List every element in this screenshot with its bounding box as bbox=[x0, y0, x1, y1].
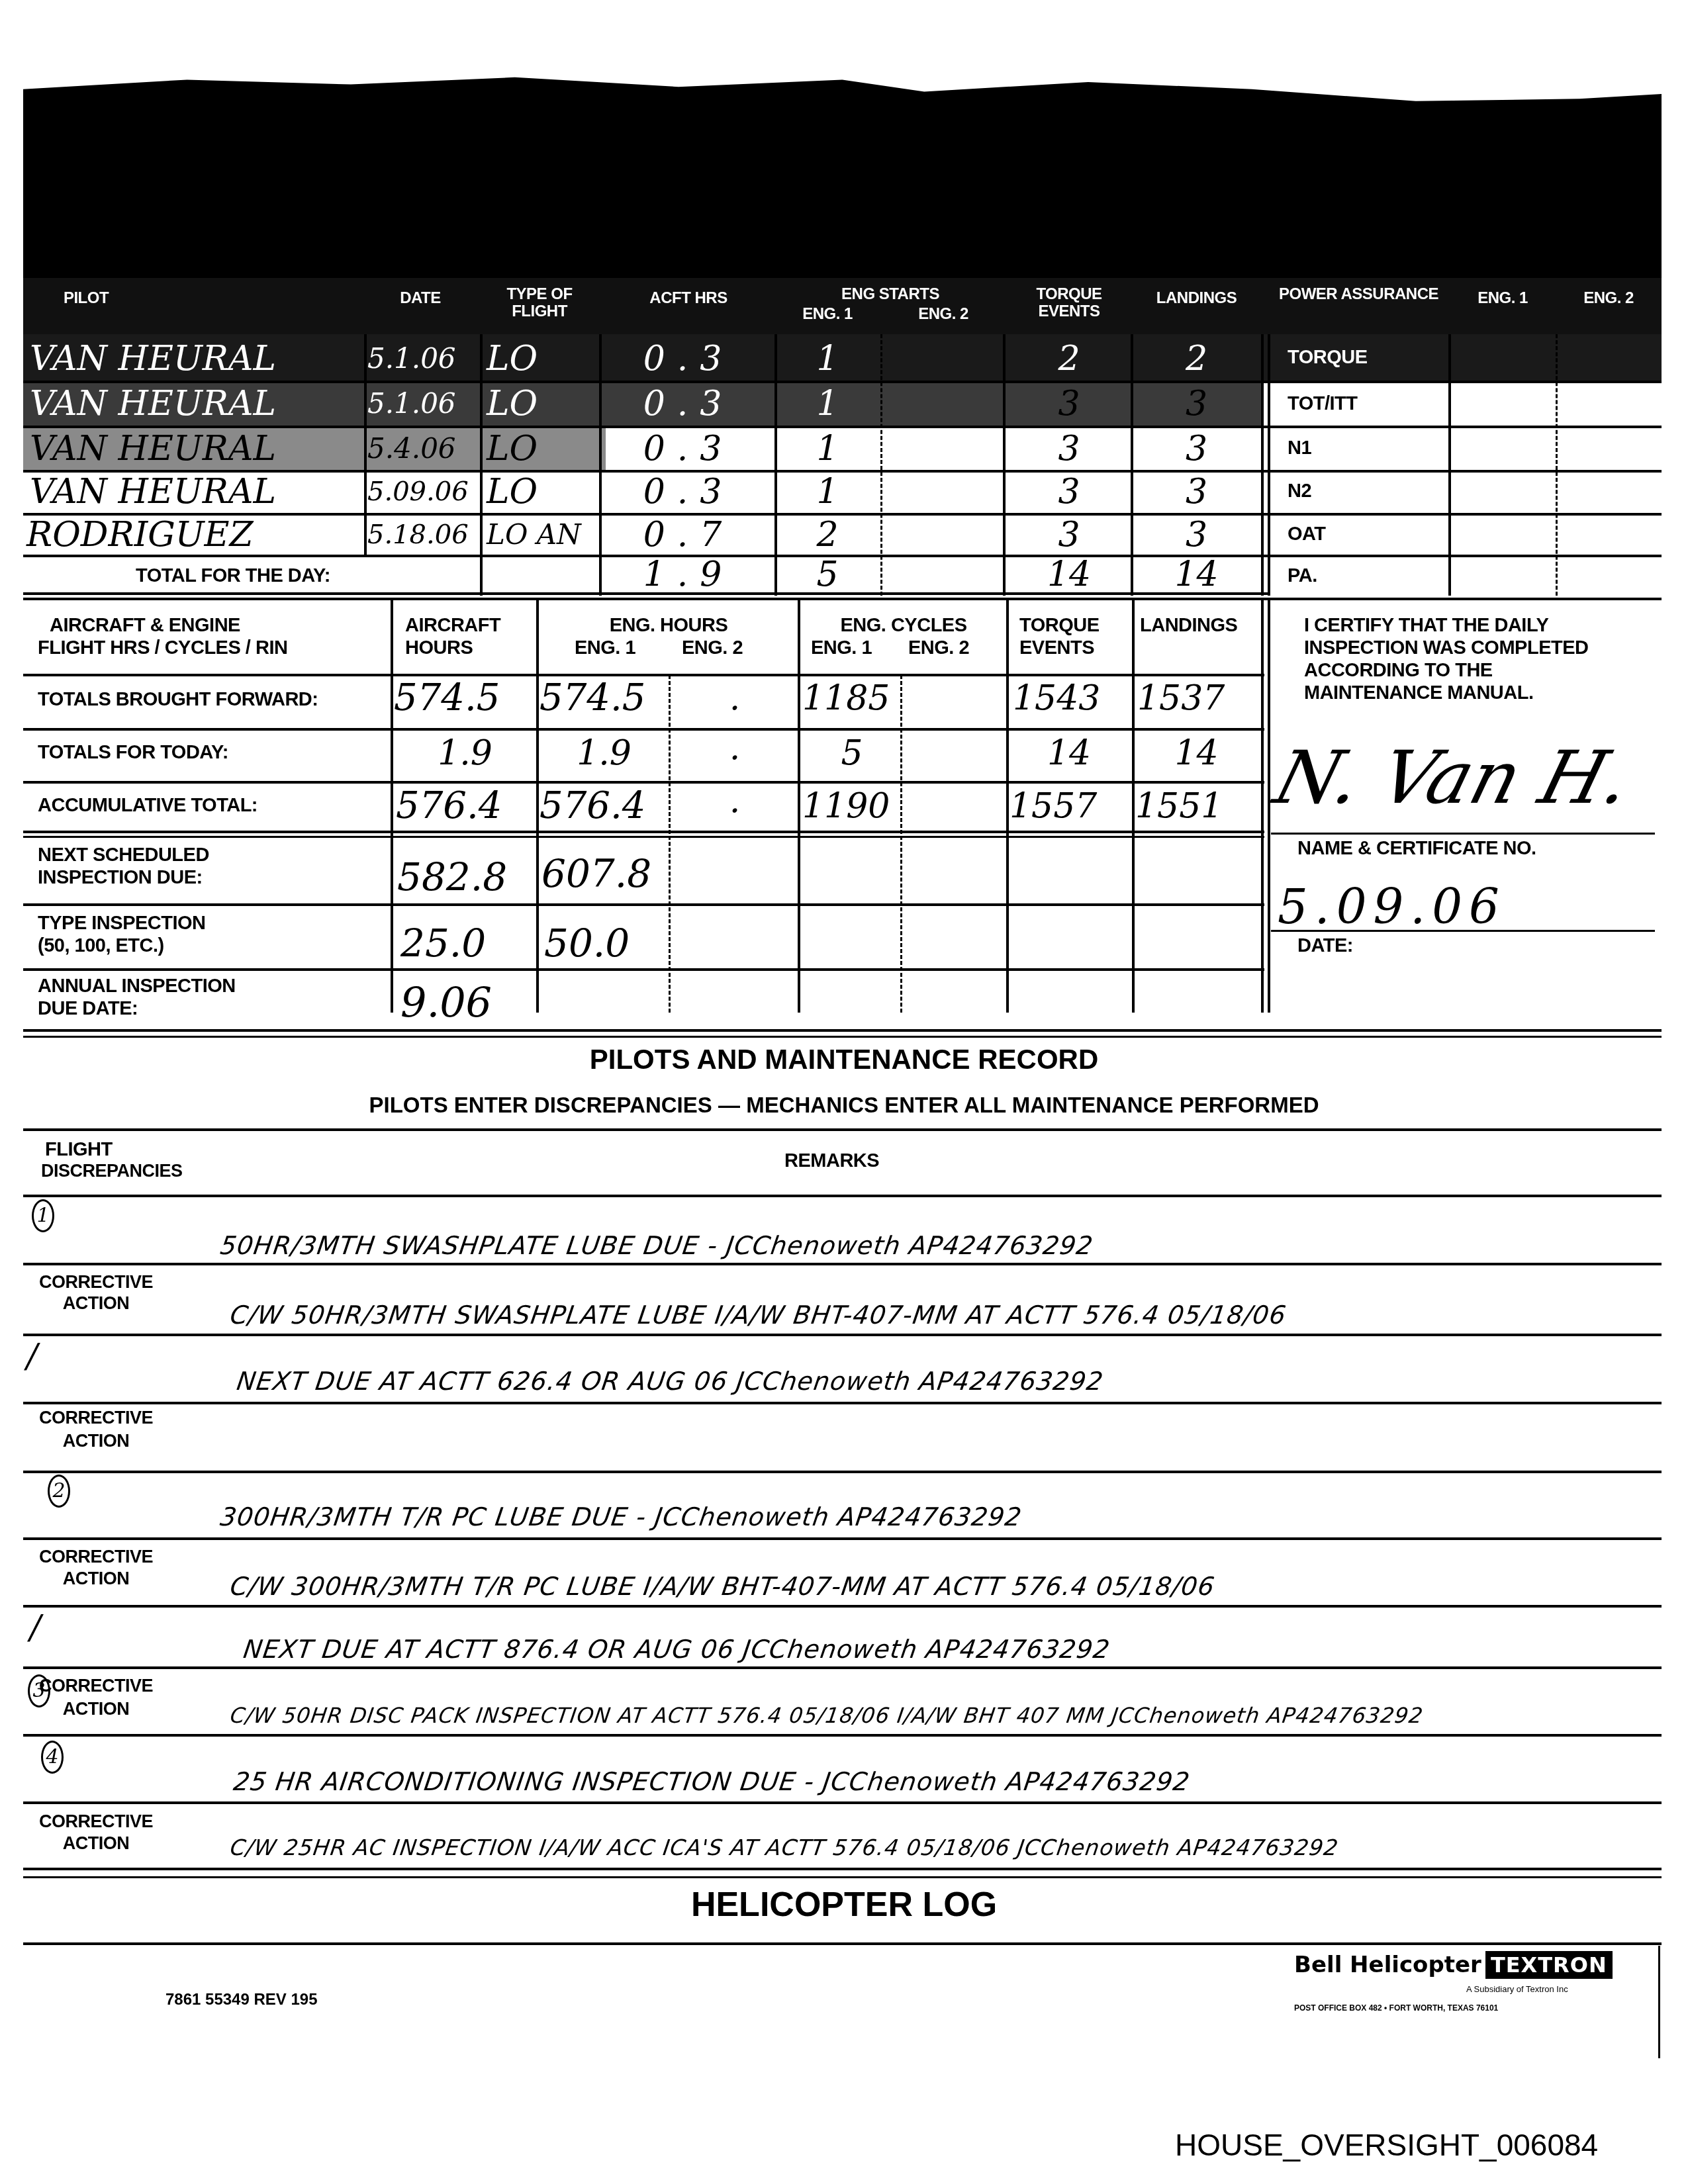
row1-eng1-starts: 1 bbox=[781, 339, 874, 379]
date-label: DATE: bbox=[1297, 934, 1353, 957]
col-divider bbox=[536, 599, 539, 1013]
brought-forward-eng1-hours: 574.5 bbox=[539, 678, 645, 718]
corrective-action-label-2a: CORRECTIVE bbox=[33, 1406, 159, 1429]
discrepancy-marker-2: 2 bbox=[48, 1475, 70, 1508]
col-divider bbox=[391, 599, 393, 1013]
corrective-action-label-4b: ACTION bbox=[33, 1698, 159, 1720]
col-divider bbox=[1268, 334, 1270, 596]
name-certificate-label: NAME & CERTIFICATE NO. bbox=[1297, 837, 1536, 860]
col-divider bbox=[1261, 334, 1264, 596]
col-remarks: REMARKS bbox=[784, 1150, 879, 1172]
row5-acft-hrs: 0.7 bbox=[616, 515, 761, 555]
form-title: HELICOPTER LOG bbox=[0, 1885, 1688, 1925]
row4-torque: 3 bbox=[1009, 472, 1129, 512]
record-line bbox=[23, 1666, 1662, 1669]
row5-landings: 3 bbox=[1135, 515, 1258, 555]
row2-eng1-starts: 1 bbox=[781, 384, 874, 424]
row3-date: 5.4.06 bbox=[367, 429, 456, 469]
remark-line-5: 300HR/3MTH T/R PC LUBE DUE - JCChenoweth… bbox=[218, 1502, 1024, 1531]
header-torque-events: TORQUE EVENTS bbox=[1009, 286, 1129, 320]
today-torque: 14 bbox=[1009, 733, 1129, 773]
label-accumulative-total: ACCUMULATIVE TOTAL: bbox=[38, 794, 258, 817]
row5-date: 5.18.06 bbox=[367, 515, 469, 555]
record-line bbox=[23, 1801, 1662, 1804]
header-eng-hours-eng2: ENG. 2 bbox=[682, 637, 743, 659]
brand-name: Bell Helicopter bbox=[1294, 1952, 1481, 1978]
header-date: DATE bbox=[371, 290, 470, 307]
remark-line-1: 50HR/3MTH SWASHPLATE LUBE DUE - JCChenow… bbox=[218, 1231, 1095, 1260]
record-line bbox=[23, 1868, 1662, 1870]
row5-type: LO AN bbox=[487, 515, 581, 555]
row3-type: LO bbox=[487, 429, 538, 469]
label-totals-brought-forward: TOTALS BROUGHT FORWARD: bbox=[38, 688, 318, 711]
annual-inspection-due: 9.06 bbox=[400, 983, 492, 1023]
col-divider bbox=[1006, 599, 1009, 1013]
accumulative-eng1-cycles: 1190 bbox=[802, 786, 890, 826]
scan-dark-band bbox=[23, 46, 1662, 285]
row-divider bbox=[23, 598, 1662, 600]
today-aircraft-hours: 1.9 bbox=[394, 733, 536, 773]
discrepancy-marker-slash: / bbox=[26, 1337, 38, 1375]
row-divider bbox=[23, 1036, 1662, 1038]
pa-pa-label: PA. bbox=[1288, 565, 1317, 587]
record-line bbox=[23, 1876, 1662, 1878]
header-torque-events-2: EVENTS bbox=[1019, 637, 1094, 659]
header-power-assurance: POWER ASSURANCE bbox=[1271, 286, 1446, 303]
row4-eng1-starts: 1 bbox=[781, 472, 874, 512]
today-eng1-hours: 1.9 bbox=[539, 733, 669, 773]
brought-forward-aircraft-hours: 574.5 bbox=[394, 678, 500, 718]
inspector-signature: N. Van H. bbox=[1266, 735, 1641, 821]
row2-landings: 3 bbox=[1135, 384, 1258, 424]
header-pa-eng2: ENG. 2 bbox=[1559, 290, 1658, 307]
accumulative-landings: 1551 bbox=[1135, 786, 1223, 826]
record-divider bbox=[23, 1195, 1662, 1197]
header-eng-starts: ENG STARTS bbox=[778, 286, 1003, 303]
col-divider bbox=[599, 334, 602, 596]
pa-n2-label: N2 bbox=[1288, 480, 1311, 502]
accumulative-aircraft-hours: 576.4 bbox=[396, 786, 502, 826]
record-subtitle: PILOTS ENTER DISCREPANCIES — MECHANICS E… bbox=[0, 1092, 1688, 1118]
accumulative-torque: 1557 bbox=[1009, 786, 1097, 826]
col-divider-dashed bbox=[669, 675, 671, 1013]
col-divider bbox=[1132, 599, 1135, 1013]
certify-line-4: MAINTENANCE MANUAL. bbox=[1304, 682, 1534, 704]
corrective-action-label-3b: ACTION bbox=[33, 1567, 159, 1590]
col-flight-discrepancies-1: FLIGHT bbox=[45, 1138, 113, 1161]
header-landings-totals: LANDINGS bbox=[1140, 614, 1237, 637]
remark-line-2: C/W 50HR/3MTH SWASHPLATE LUBE I/A/W BHT-… bbox=[228, 1300, 1288, 1330]
discrepancy-marker-4: 4 bbox=[41, 1741, 64, 1774]
total-acft-hrs: 1.9 bbox=[616, 555, 761, 594]
pa-oat-label: OAT bbox=[1288, 523, 1326, 545]
row2-torque: 3 bbox=[1009, 384, 1129, 424]
discrepancy-marker-1: 1 bbox=[32, 1199, 54, 1232]
row3-pilot: VAN HEURAL bbox=[30, 429, 276, 469]
row3-eng1-starts: 1 bbox=[781, 429, 874, 469]
label-next-scheduled-2: INSPECTION DUE: bbox=[38, 866, 203, 889]
row5-pilot: RODRIGUEZ bbox=[26, 515, 254, 555]
header-eng-cycles-eng1: ENG. 1 bbox=[811, 637, 872, 659]
certify-line-2: INSPECTION WAS COMPLETED bbox=[1304, 637, 1588, 659]
right-edge-line bbox=[1658, 1946, 1660, 2058]
brought-forward-eng1-cycles: 1185 bbox=[802, 678, 890, 718]
col-flight-discrepancies-2: DISCREPANCIES bbox=[41, 1160, 183, 1182]
header-pa-eng1: ENG. 1 bbox=[1453, 290, 1552, 307]
row-divider bbox=[23, 426, 1662, 428]
header-type-of-flight: TYPE OF FLIGHT bbox=[480, 286, 599, 320]
label-annual-inspection-2: DUE DATE: bbox=[38, 997, 138, 1020]
row-divider bbox=[23, 903, 1264, 906]
type-inspection-aircraft: 25.0 bbox=[400, 923, 486, 963]
label-next-scheduled-1: NEXT SCHEDULED bbox=[38, 844, 209, 866]
today-eng1-cycles: 5 bbox=[802, 733, 902, 773]
brought-forward-landings: 1537 bbox=[1137, 678, 1225, 718]
discrepancy-marker-slash-2: / bbox=[30, 1608, 41, 1647]
row3-landings: 3 bbox=[1135, 429, 1258, 469]
today-landings: 14 bbox=[1135, 733, 1258, 773]
row5-eng1-starts: 2 bbox=[781, 515, 874, 555]
header-eng-starts-eng2: ENG. 2 bbox=[884, 306, 1003, 323]
record-divider bbox=[23, 1128, 1662, 1131]
record-line bbox=[23, 1402, 1662, 1404]
record-line bbox=[23, 1605, 1662, 1608]
remark-line-3: NEXT DUE AT ACTT 626.4 OR AUG 06 JCCheno… bbox=[235, 1367, 1105, 1396]
total-for-day-label: TOTAL FOR THE DAY: bbox=[136, 565, 330, 587]
total-eng1-starts: 5 bbox=[781, 555, 874, 594]
row1-date: 5.1.06 bbox=[367, 339, 456, 379]
totals-header-label-1: AIRCRAFT & ENGINE bbox=[50, 614, 240, 637]
record-line bbox=[23, 1334, 1662, 1336]
row-divider bbox=[23, 381, 1662, 383]
col-divider bbox=[798, 599, 800, 1013]
form-number: 7861 55349 REV 195 bbox=[165, 1991, 318, 2009]
row1-acft-hrs: 0.3 bbox=[616, 339, 761, 379]
row3-torque: 3 bbox=[1009, 429, 1129, 469]
header-eng-starts-eng1: ENG. 1 bbox=[778, 306, 877, 323]
row1-pilot: VAN HEURAL bbox=[30, 339, 276, 379]
accumulative-eng2-hours: . bbox=[672, 781, 798, 821]
row4-acft-hrs: 0.3 bbox=[616, 472, 761, 512]
certification-date-value: 5.09.06 bbox=[1278, 880, 1506, 933]
remark-line-10: C/W 25HR AC INSPECTION I/A/W ACC ICA'S A… bbox=[228, 1833, 1340, 1862]
pa-n1-label: N1 bbox=[1288, 437, 1311, 459]
row2-acft-hrs: 0.3 bbox=[616, 384, 761, 424]
row4-type: LO bbox=[487, 472, 538, 512]
record-line bbox=[23, 1471, 1662, 1473]
col-divider bbox=[1261, 599, 1264, 1013]
brought-forward-eng2-hours: . bbox=[672, 678, 798, 718]
col-divider-dashed bbox=[900, 675, 902, 1013]
header-torque-events-1: TORQUE bbox=[1019, 614, 1100, 637]
corrective-action-label-1b: ACTION bbox=[33, 1292, 159, 1314]
brought-forward-torque: 1543 bbox=[1013, 678, 1100, 718]
certify-line-3: ACCORDING TO THE bbox=[1304, 659, 1493, 682]
row2-date: 5.1.06 bbox=[367, 384, 456, 424]
remark-line-8: C/W 50HR DISC PACK INSPECTION AT ACTT 57… bbox=[228, 1701, 1425, 1730]
col-divider bbox=[1003, 334, 1006, 596]
row3-acft-hrs: 0.3 bbox=[616, 429, 761, 469]
header-eng-hours: ENG. HOURS bbox=[539, 614, 798, 637]
label-annual-inspection-1: ANNUAL INSPECTION bbox=[38, 975, 236, 997]
col-divider bbox=[364, 334, 367, 555]
corrective-action-label-5a: CORRECTIVE bbox=[33, 1810, 159, 1833]
col-divider bbox=[480, 334, 483, 596]
accumulative-eng1-hours: 576.4 bbox=[539, 786, 645, 826]
row4-date: 5.09.06 bbox=[367, 472, 469, 512]
brand-logo: Bell Helicopter TEXTRON bbox=[1294, 1951, 1613, 1979]
pa-torque-label: TORQUE bbox=[1288, 346, 1368, 369]
header-eng-hours-eng1: ENG. 1 bbox=[575, 637, 635, 659]
record-line bbox=[23, 1734, 1662, 1737]
remark-line-7: NEXT DUE AT ACTT 876.4 OR AUG 06 JCCheno… bbox=[242, 1635, 1112, 1664]
row2-pilot: VAN HEURAL bbox=[30, 384, 276, 424]
brand-box: TEXTRON bbox=[1485, 1951, 1613, 1979]
signature-line bbox=[1271, 833, 1655, 835]
row1-type: LO bbox=[487, 339, 538, 379]
row2-type: LO bbox=[487, 384, 538, 424]
col-divider bbox=[774, 334, 777, 596]
header-aircraft-hours-1: AIRCRAFT bbox=[405, 614, 500, 637]
date-line bbox=[1271, 930, 1655, 932]
row-divider bbox=[23, 728, 1264, 731]
corrective-action-label-1a: CORRECTIVE bbox=[33, 1271, 159, 1293]
row1-torque: 2 bbox=[1009, 339, 1129, 379]
row-divider bbox=[23, 968, 1264, 971]
type-inspection-eng1: 50.0 bbox=[544, 923, 630, 963]
totals-header-label-2: FLIGHT HRS / CYCLES / RIN bbox=[38, 637, 287, 659]
header-eng-cycles-eng2: ENG. 2 bbox=[908, 637, 969, 659]
header-acft-hrs: ACFT HRS bbox=[606, 290, 771, 307]
bates-number: HOUSE_OVERSIGHT_006084 bbox=[1175, 2128, 1598, 2162]
pa-tot-itt-label: TOT/ITT bbox=[1288, 392, 1358, 415]
col-divider-dashed bbox=[880, 334, 882, 596]
header-eng-cycles: ENG. CYCLES bbox=[801, 614, 1006, 637]
brand-address: POST OFFICE BOX 482 • FORT WORTH, TEXAS … bbox=[1294, 2003, 1498, 2013]
label-totals-for-today: TOTALS FOR TODAY: bbox=[38, 741, 228, 764]
row-divider bbox=[23, 781, 1264, 784]
row5-torque: 3 bbox=[1009, 515, 1129, 555]
today-eng2-hours: . bbox=[672, 728, 798, 768]
record-line bbox=[23, 1263, 1662, 1265]
total-landings: 14 bbox=[1135, 555, 1258, 594]
total-torque: 14 bbox=[1009, 555, 1129, 594]
corrective-action-label-4a: CORRECTIVE bbox=[33, 1674, 159, 1697]
row-divider bbox=[23, 831, 1264, 833]
remark-line-6: C/W 300HR/3MTH T/R PC LUBE I/A/W BHT-407… bbox=[228, 1572, 1217, 1601]
footer-divider bbox=[23, 1942, 1662, 1945]
corrective-action-label-3a: CORRECTIVE bbox=[33, 1545, 159, 1568]
header-landings: LANDINGS bbox=[1135, 290, 1258, 307]
header-pilot: PILOT bbox=[46, 290, 126, 307]
row4-landings: 3 bbox=[1135, 472, 1258, 512]
row-divider bbox=[23, 836, 1264, 838]
col-divider-dashed bbox=[1556, 334, 1558, 596]
discrepancy-marker-3: 3 bbox=[28, 1674, 50, 1707]
record-title: PILOTS AND MAINTENANCE RECORD bbox=[0, 1044, 1688, 1075]
brand-subsidiary: A Subsidiary of Textron Inc bbox=[1466, 1984, 1568, 1994]
record-line bbox=[23, 1537, 1662, 1540]
remark-line-9: 25 HR AIRCONDITIONING INSPECTION DUE - J… bbox=[232, 1767, 1192, 1796]
row1-landings: 2 bbox=[1135, 339, 1258, 379]
col-divider bbox=[1448, 334, 1451, 596]
label-type-inspection-2: (50, 100, ETC.) bbox=[38, 934, 164, 957]
next-due-aircraft-hours: 582.8 bbox=[397, 857, 507, 897]
col-divider bbox=[1131, 334, 1133, 596]
row-divider bbox=[23, 1029, 1662, 1032]
certify-line-1: I CERTIFY THAT THE DAILY bbox=[1304, 614, 1548, 637]
row4-pilot: VAN HEURAL bbox=[30, 472, 276, 512]
label-type-inspection-1: TYPE INSPECTION bbox=[38, 912, 206, 934]
corrective-action-label-2b: ACTION bbox=[33, 1430, 159, 1452]
header-aircraft-hours-2: HOURS bbox=[405, 637, 473, 659]
corrective-action-label-5b: ACTION bbox=[33, 1832, 159, 1854]
next-due-eng1-hours: 607.8 bbox=[541, 854, 651, 893]
